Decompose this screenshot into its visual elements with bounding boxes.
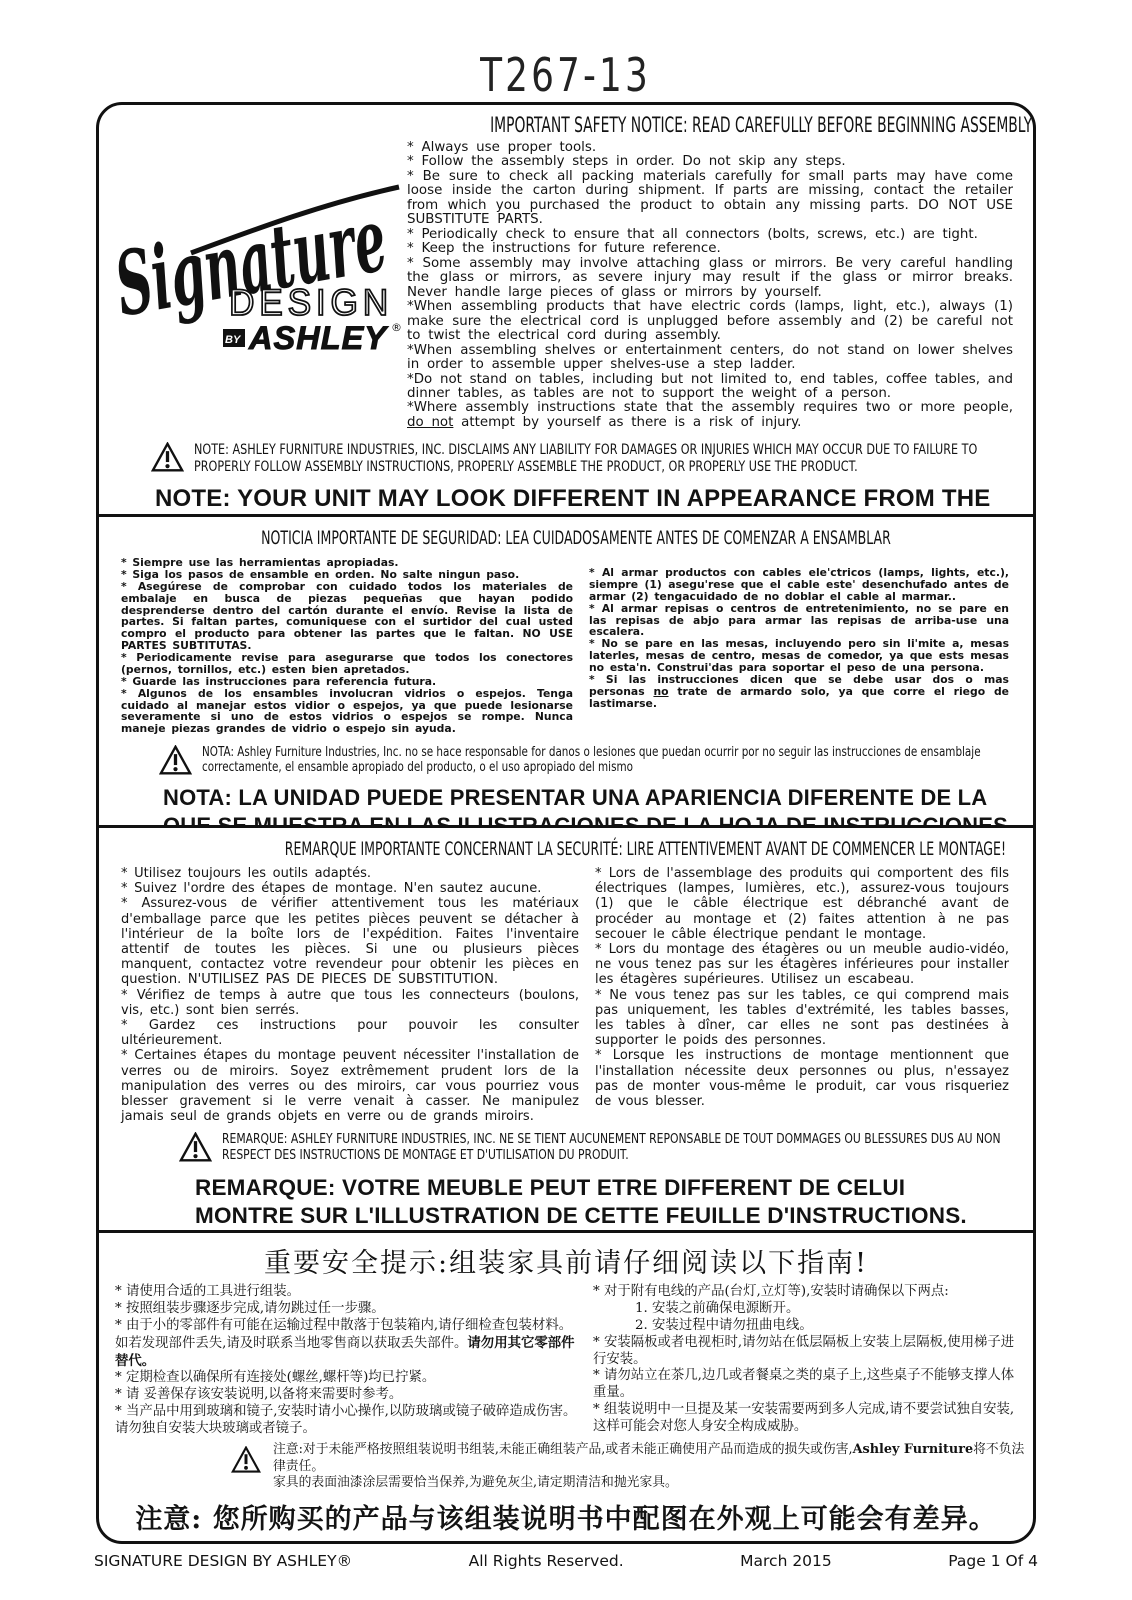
svg-text:DESIGN: DESIGN [229, 282, 393, 323]
note-text: 注意:对于未能严格按照组装说明书组装,未能正确组装产品,或者未能正确使用产品而造… [273, 1442, 853, 1457]
french-right-column: * Lors de l'assemblage des produits qui … [595, 866, 1009, 1124]
safety-bullet: * Lors du montage des étagères ou un meu… [595, 942, 1009, 988]
safety-notice-box: IMPORTANT SAFETY NOTICE: READ CAREFULLY … [96, 102, 1036, 1544]
safety-bullet: * No se pare en las mesas, incluyendo pe… [589, 638, 1009, 674]
footer-rights: All Rights Reserved. [469, 1552, 624, 1570]
safety-bullet: *Where assembly instructions state that … [407, 401, 1013, 430]
safety-bullet: * Certaines étapes du montage peuvent né… [121, 1048, 579, 1124]
safety-bullet: *When assembling shelves or entertainmen… [407, 344, 1013, 373]
safety-bullet: * Follow the assembly steps in order. Do… [407, 155, 1013, 169]
safety-bullet: * Guarde las instrucciones para referenc… [121, 676, 573, 688]
safety-bullet: * 请 妥善保存该安装说明,以备将来需要时参考。 [115, 1387, 581, 1404]
english-liability-note-row: NOTE: ASHLEY FURNITURE INDUSTRIES, INC. … [99, 442, 1033, 474]
safety-bullet: * Al armar productos con cables ele'ctri… [589, 567, 1009, 603]
section-chinese: 重要安全提示:组装家具前请仔细阅读以下指南! * 请使用合适的工具进行组装。 *… [99, 1230, 1033, 1540]
brand-logo-graphic: Signature DESIGN BY ASHLEY ® [111, 141, 407, 367]
safety-bullet: * Suivez l'ordre des étapes de montage. … [121, 881, 579, 896]
safety-bullet: * Utilisez toujours les outils adaptés. [121, 866, 579, 881]
french-left-column: * Utilisez toujours les outils adaptés. … [121, 866, 579, 1124]
safety-bullet: * 对于附有电线的产品(台灯,立灯等),安装时请确保以下两点: [593, 1284, 1015, 1301]
chinese-left-column: * 请使用合适的工具进行组装。 * 按照组装步骤逐步完成,请勿跳过任一步骤。 *… [115, 1284, 581, 1438]
french-header: REMARQUE IMPORTANTE CONCERNANT LA SECURI… [285, 838, 1006, 860]
chinese-columns: * 请使用合适的工具进行组装。 * 按照组装步骤逐步完成,请勿跳过任一步骤。 *… [99, 1280, 1033, 1438]
chinese-liability-note-row: 注意:对于未能严格按照组装说明书组装,未能正确组装产品,或者未能正确使用产品而造… [99, 1442, 1033, 1492]
spanish-header-row: NOTICIA IMPORTANTE DE SEGURIDAD: LEA CUI… [99, 527, 1033, 549]
svg-text:BY: BY [225, 334, 242, 346]
safety-bullet: * Some assembly may involve attaching gl… [407, 257, 1013, 300]
chinese-appearance-note: 注意: 您所购买的产品与该组装说明书中配图在外观上可能会有差异。 [99, 1497, 1033, 1536]
french-liability-note: REMARQUE: ASHLEY FURNITURE INDUSTRIES, I… [222, 1132, 1033, 1163]
english-safety-list: * Always use proper tools. * Follow the … [407, 141, 1017, 430]
liability-note-text: NOTE: ASHLEY FURNITURE INDUSTRIES, INC. … [194, 442, 1033, 474]
safety-bullet: * 安装隔板或者电视柜时,请勿站在低层隔板上安装上层隔板,使用梯子进行安装。 [593, 1335, 1015, 1369]
footer-brand: SIGNATURE DESIGN BY ASHLEY® [94, 1552, 352, 1570]
footer-page-number: Page 1 Of 4 [948, 1552, 1038, 1570]
spanish-columns: * Siempre use las herramientas apropiada… [99, 549, 1033, 735]
safety-bullet: * Keep the instructions for future refer… [407, 242, 1013, 256]
safety-bullet: * Siga los pasos de ensamble en orden. N… [121, 569, 573, 581]
svg-text:®: ® [391, 321, 402, 334]
safety-bullet: * Si las instrucciones dicen que se debe… [589, 674, 1009, 710]
warning-triangle-icon [159, 745, 192, 776]
french-header-row: REMARQUE IMPORTANTE CONCERNANT LA SECURI… [99, 838, 1033, 860]
chinese-liability-note: 注意:对于未能严格按照组装说明书组装,未能正确组装产品,或者未能正确使用产品而造… [273, 1442, 1033, 1492]
care-note-text: 家具的表面油漆涂层需要恰当保养,为避免灰尘,请定期清洁和抛光家具。 [273, 1475, 1033, 1492]
chinese-header-row: 重要安全提示:组装家具前请仔细阅读以下指南! [99, 1241, 1033, 1280]
bullet-text: *Where assembly instructions state that … [407, 400, 1013, 415]
appearance-note-line: MONTRE SUR L'ILLUSTRATION DE CETTE FEUIL… [195, 1202, 1033, 1230]
safety-bullet: * Assurez-vous de vérifier attentivement… [121, 896, 579, 987]
spanish-right-column: * Al armar productos con cables ele'ctri… [589, 557, 1009, 735]
section-spanish: NOTICIA IMPORTANTE DE SEGURIDAD: LEA CUI… [99, 514, 1033, 825]
model-number-title: T267-13 [481, 48, 652, 102]
numbered-subitem: 2. 安装过程中请勿扭曲电线。 [593, 1318, 1015, 1335]
safety-bullet: * Vérifiez de temps à autre que tous les… [121, 988, 579, 1018]
safety-bullet: * 定期检查以确保所有连接处(螺丝,螺杆等)均已拧紧。 [115, 1370, 581, 1387]
title-area: T267-13 [0, 0, 1132, 102]
english-content-row: Signature DESIGN BY ASHLEY ® * Always us… [99, 137, 1033, 430]
spanish-header: NOTICIA IMPORTANTE DE SEGURIDAD: LEA CUI… [261, 527, 891, 549]
chinese-header: 重要安全提示:组装家具前请仔细阅读以下指南! [264, 1248, 868, 1279]
safety-bullet: * 请使用合适的工具进行组装。 [115, 1284, 581, 1301]
safety-bullet: * Gardez ces instructions pour pouvoir l… [121, 1018, 579, 1048]
safety-bullet: *Do not stand on tables, including but n… [407, 373, 1013, 402]
appearance-note-line: NOTE: YOUR UNIT MAY LOOK DIFFERENT IN AP… [155, 484, 1033, 514]
safety-bullet: * 请勿站立在茶几,边几或者餐桌之类的桌子上,这些桌子不能够支撑人体重量。 [593, 1368, 1015, 1402]
appearance-note-line: QUE SE MUESTRA EN LAS ILUSTRACIONES DE L… [163, 812, 1033, 825]
english-liability-note: NOTE: ASHLEY FURNITURE INDUSTRIES, INC. … [194, 442, 1033, 474]
safety-bullet: * Ne vous tenez pas sur les tables, ce q… [595, 988, 1009, 1049]
spanish-liability-note: NOTA: Ashley Furniture Industries, Inc. … [202, 745, 1033, 775]
safety-bullet: * Always use proper tools. [407, 141, 1013, 155]
safety-bullet: * 按照组装步骤逐步完成,请勿跳过任一步骤。 [115, 1301, 581, 1318]
svg-text:ASHLEY: ASHLEY [248, 320, 389, 356]
safety-bullet: *When assembling products that have elec… [407, 300, 1013, 343]
french-liability-note-row: REMARQUE: ASHLEY FURNITURE INDUSTRIES, I… [99, 1132, 1033, 1163]
appearance-note-line: NOTA: LA UNIDAD PUEDE PRESENTAR UNA APAR… [163, 784, 1033, 812]
french-columns: * Utilisez toujours les outils adaptés. … [99, 860, 1033, 1124]
page-footer: SIGNATURE DESIGN BY ASHLEY® All Rights R… [90, 1552, 1042, 1570]
section-french: REMARQUE IMPORTANTE CONCERNANT LA SECURI… [99, 825, 1033, 1230]
warning-triangle-icon [231, 1442, 261, 1474]
french-appearance-note: REMARQUE: VOTRE MEUBLE PEUT ETRE DIFFERE… [99, 1174, 1033, 1230]
safety-bullet: * Asegúrese de comprobar con cuidado tod… [121, 581, 573, 652]
safety-bullet: * Periodically check to ensure that all … [407, 228, 1013, 242]
safety-bullet: * Periodicamente revise para asegurarse … [121, 652, 573, 676]
underlined-text: do not [407, 415, 453, 430]
footer-date: March 2015 [740, 1552, 832, 1570]
chinese-right-column: * 对于附有电线的产品(台灯,立灯等),安装时请确保以下两点: 1. 安装之前确… [593, 1284, 1015, 1438]
section-english: IMPORTANT SAFETY NOTICE: READ CAREFULLY … [99, 105, 1033, 514]
safety-bullet: * 当产品中用到玻璃和镜子,安装时请小心操作,以防玻璃或镜子破碎造成伤害。请勿独… [115, 1404, 581, 1438]
bullet-text: attempt by yourself as there is a risk o… [453, 415, 801, 430]
safety-bullet: * Be sure to check all packing materials… [407, 170, 1013, 228]
safety-bullet: * Al armar repisas o centros de entreten… [589, 603, 1009, 639]
appearance-note-line: REMARQUE: VOTRE MEUBLE PEUT ETRE DIFFERE… [195, 1174, 1033, 1202]
numbered-subitem: 1. 安装之前确保电源断开。 [593, 1301, 1015, 1318]
liability-note-text: REMARQUE: ASHLEY FURNITURE INDUSTRIES, I… [222, 1132, 1033, 1163]
warning-triangle-icon [179, 1132, 212, 1163]
english-header-row: IMPORTANT SAFETY NOTICE: READ CAREFULLY … [99, 113, 1033, 137]
warning-triangle-icon [151, 442, 184, 473]
safety-bullet: * 由于小的零部件有可能在运输过程中散落于包装箱内,请仔细检查包装材料。如若发现… [115, 1318, 581, 1371]
english-header: IMPORTANT SAFETY NOTICE: READ CAREFULLY … [490, 113, 1033, 137]
safety-bullet: * Algunos de los ensambles involucran vi… [121, 688, 573, 736]
signature-design-ashley-logo: Signature DESIGN BY ASHLEY ® [111, 141, 407, 430]
safety-bullet: * 组装说明中一旦提及某一安装需要两到多人完成,请不要尝试独自安装,这样可能会对… [593, 1402, 1015, 1436]
liability-note-text: NOTA: Ashley Furniture Industries, Inc. … [202, 745, 1033, 775]
spanish-left-column: * Siempre use las herramientas apropiada… [121, 557, 573, 735]
safety-bullet: * Lors de l'assemblage des produits qui … [595, 866, 1009, 942]
safety-bullet: * Lorsque les instructions de montage me… [595, 1048, 1009, 1109]
liability-note-text: 注意:对于未能严格按照组装说明书组装,未能正确组装产品,或者未能正确使用产品而造… [273, 1442, 1033, 1475]
english-appearance-note: NOTE: YOUR UNIT MAY LOOK DIFFERENT IN AP… [99, 484, 1033, 514]
spanish-liability-note-row: NOTA: Ashley Furniture Industries, Inc. … [99, 745, 1033, 776]
spanish-appearance-note: NOTA: LA UNIDAD PUEDE PRESENTAR UNA APAR… [99, 784, 1033, 825]
instruction-sheet-page: T267-13 IMPORTANT SAFETY NOTICE: READ CA… [0, 0, 1132, 1600]
brand-name: Ashley Furniture [853, 1442, 974, 1457]
